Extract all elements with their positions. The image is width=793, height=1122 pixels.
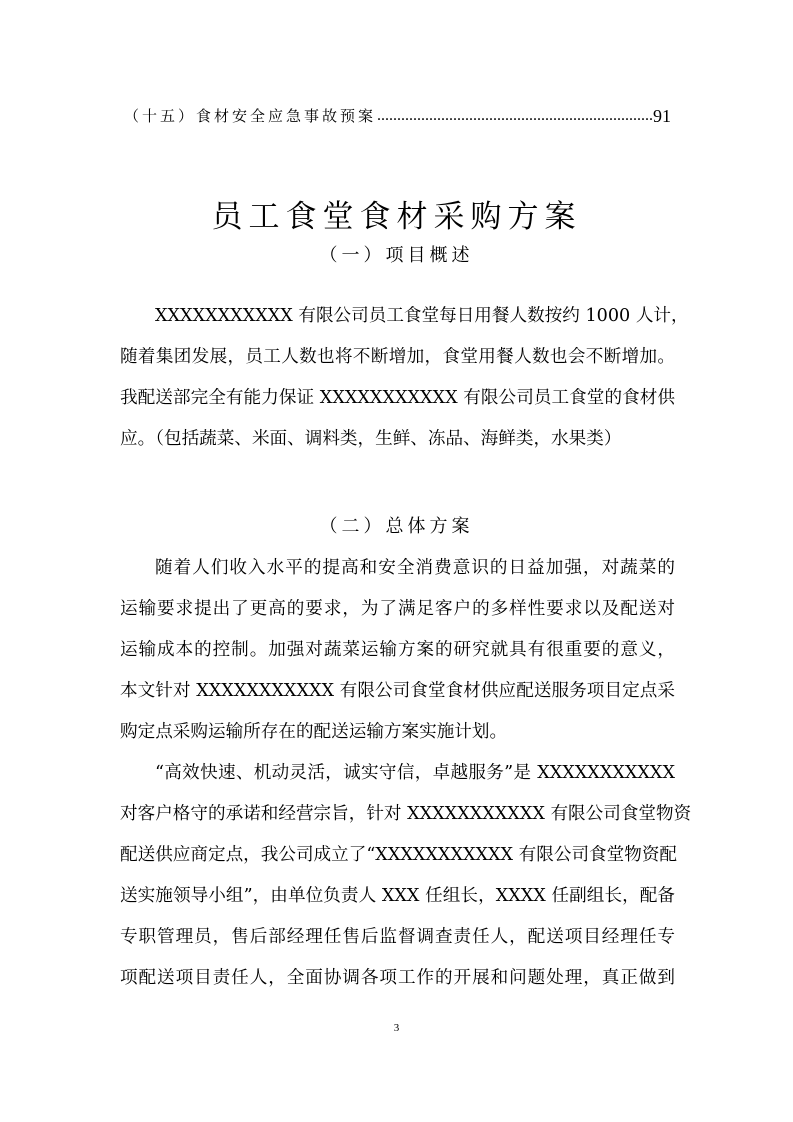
overview-paragraph: XXXXXXXXXXX 有限公司员工食堂每日用餐人数按约 1000 人计， 随着… (120, 296, 675, 460)
text-line: 专职管理员，售后部经理任售后监督调查责任人，配送项目经理任专 (120, 917, 675, 958)
plan-paragraph-1: 随着人们收入水平的提高和安全消费意识的日益加强，对蔬菜的 运输要求提出了更高的要… (120, 548, 675, 753)
text-line: 送实施领导小组”，由单位负责人 XXX 任组长，XXXX 任副组长，配备 (120, 876, 675, 917)
section-heading-plan: （二）总体方案 (0, 513, 793, 541)
text-line: 购定点采购运输所存在的配送运输方案实施计划。 (120, 712, 675, 753)
text-line: 应。（包括蔬菜、米面、调料类，生鲜、冻品、海鲜类，水果类） (120, 419, 675, 460)
text-line: 随着人们收入水平的提高和安全消费意识的日益加强，对蔬菜的 (120, 548, 675, 589)
text-line: 项配送项目责任人，全面协调各项工作的开展和问题处理，真正做到 (120, 958, 675, 999)
text-line: 对客户格守的承诺和经营宗旨，针对 XXXXXXXXXXX 有限公司食堂物资 (120, 794, 675, 835)
section-heading-overview: （一）项目概述 (0, 242, 793, 270)
toc-entry-label: （十五）食材安全应急事故预案 (124, 104, 376, 128)
text-line: “高效快速、机动灵活，诚实守信，卓越服务”是 XXXXXXXXXXX (120, 753, 675, 794)
text-line: 运输要求提出了更高的要求，为了满足客户的多样性要求以及配送对 (120, 589, 675, 630)
plan-paragraph-2: “高效快速、机动灵活，诚实守信，卓越服务”是 XXXXXXXXXXX 对客户格守… (120, 753, 675, 999)
text-line: 随着集团发展，员工人数也将不断增加，食堂用餐人数也会不断增加。 (120, 337, 675, 378)
toc-page-number: 91 (653, 104, 671, 128)
page-number: 3 (0, 1022, 793, 1034)
toc-leader-dots: ........................................… (377, 104, 652, 128)
text-line: 运输成本的控制。加强对蔬菜运输方案的研究就具有很重要的意义， (120, 630, 675, 671)
text-line: 配送供应商定点，我公司成立了“XXXXXXXXXXX 有限公司食堂物资配 (120, 835, 675, 876)
text-line: XXXXXXXXXXX 有限公司员工食堂每日用餐人数按约 1000 人计， (120, 296, 675, 337)
text-line: 我配送部完全有能力保证 XXXXXXXXXXX 有限公司员工食堂的食材供 (120, 378, 675, 419)
document-title: 员工食堂食材采购方案 (0, 195, 793, 239)
text-line: 本文针对 XXXXXXXXXXX 有限公司食堂食材供应配送服务项目定点采 (120, 671, 675, 712)
toc-entry[interactable]: （十五）食材安全应急事故预案 .........................… (124, 104, 671, 128)
